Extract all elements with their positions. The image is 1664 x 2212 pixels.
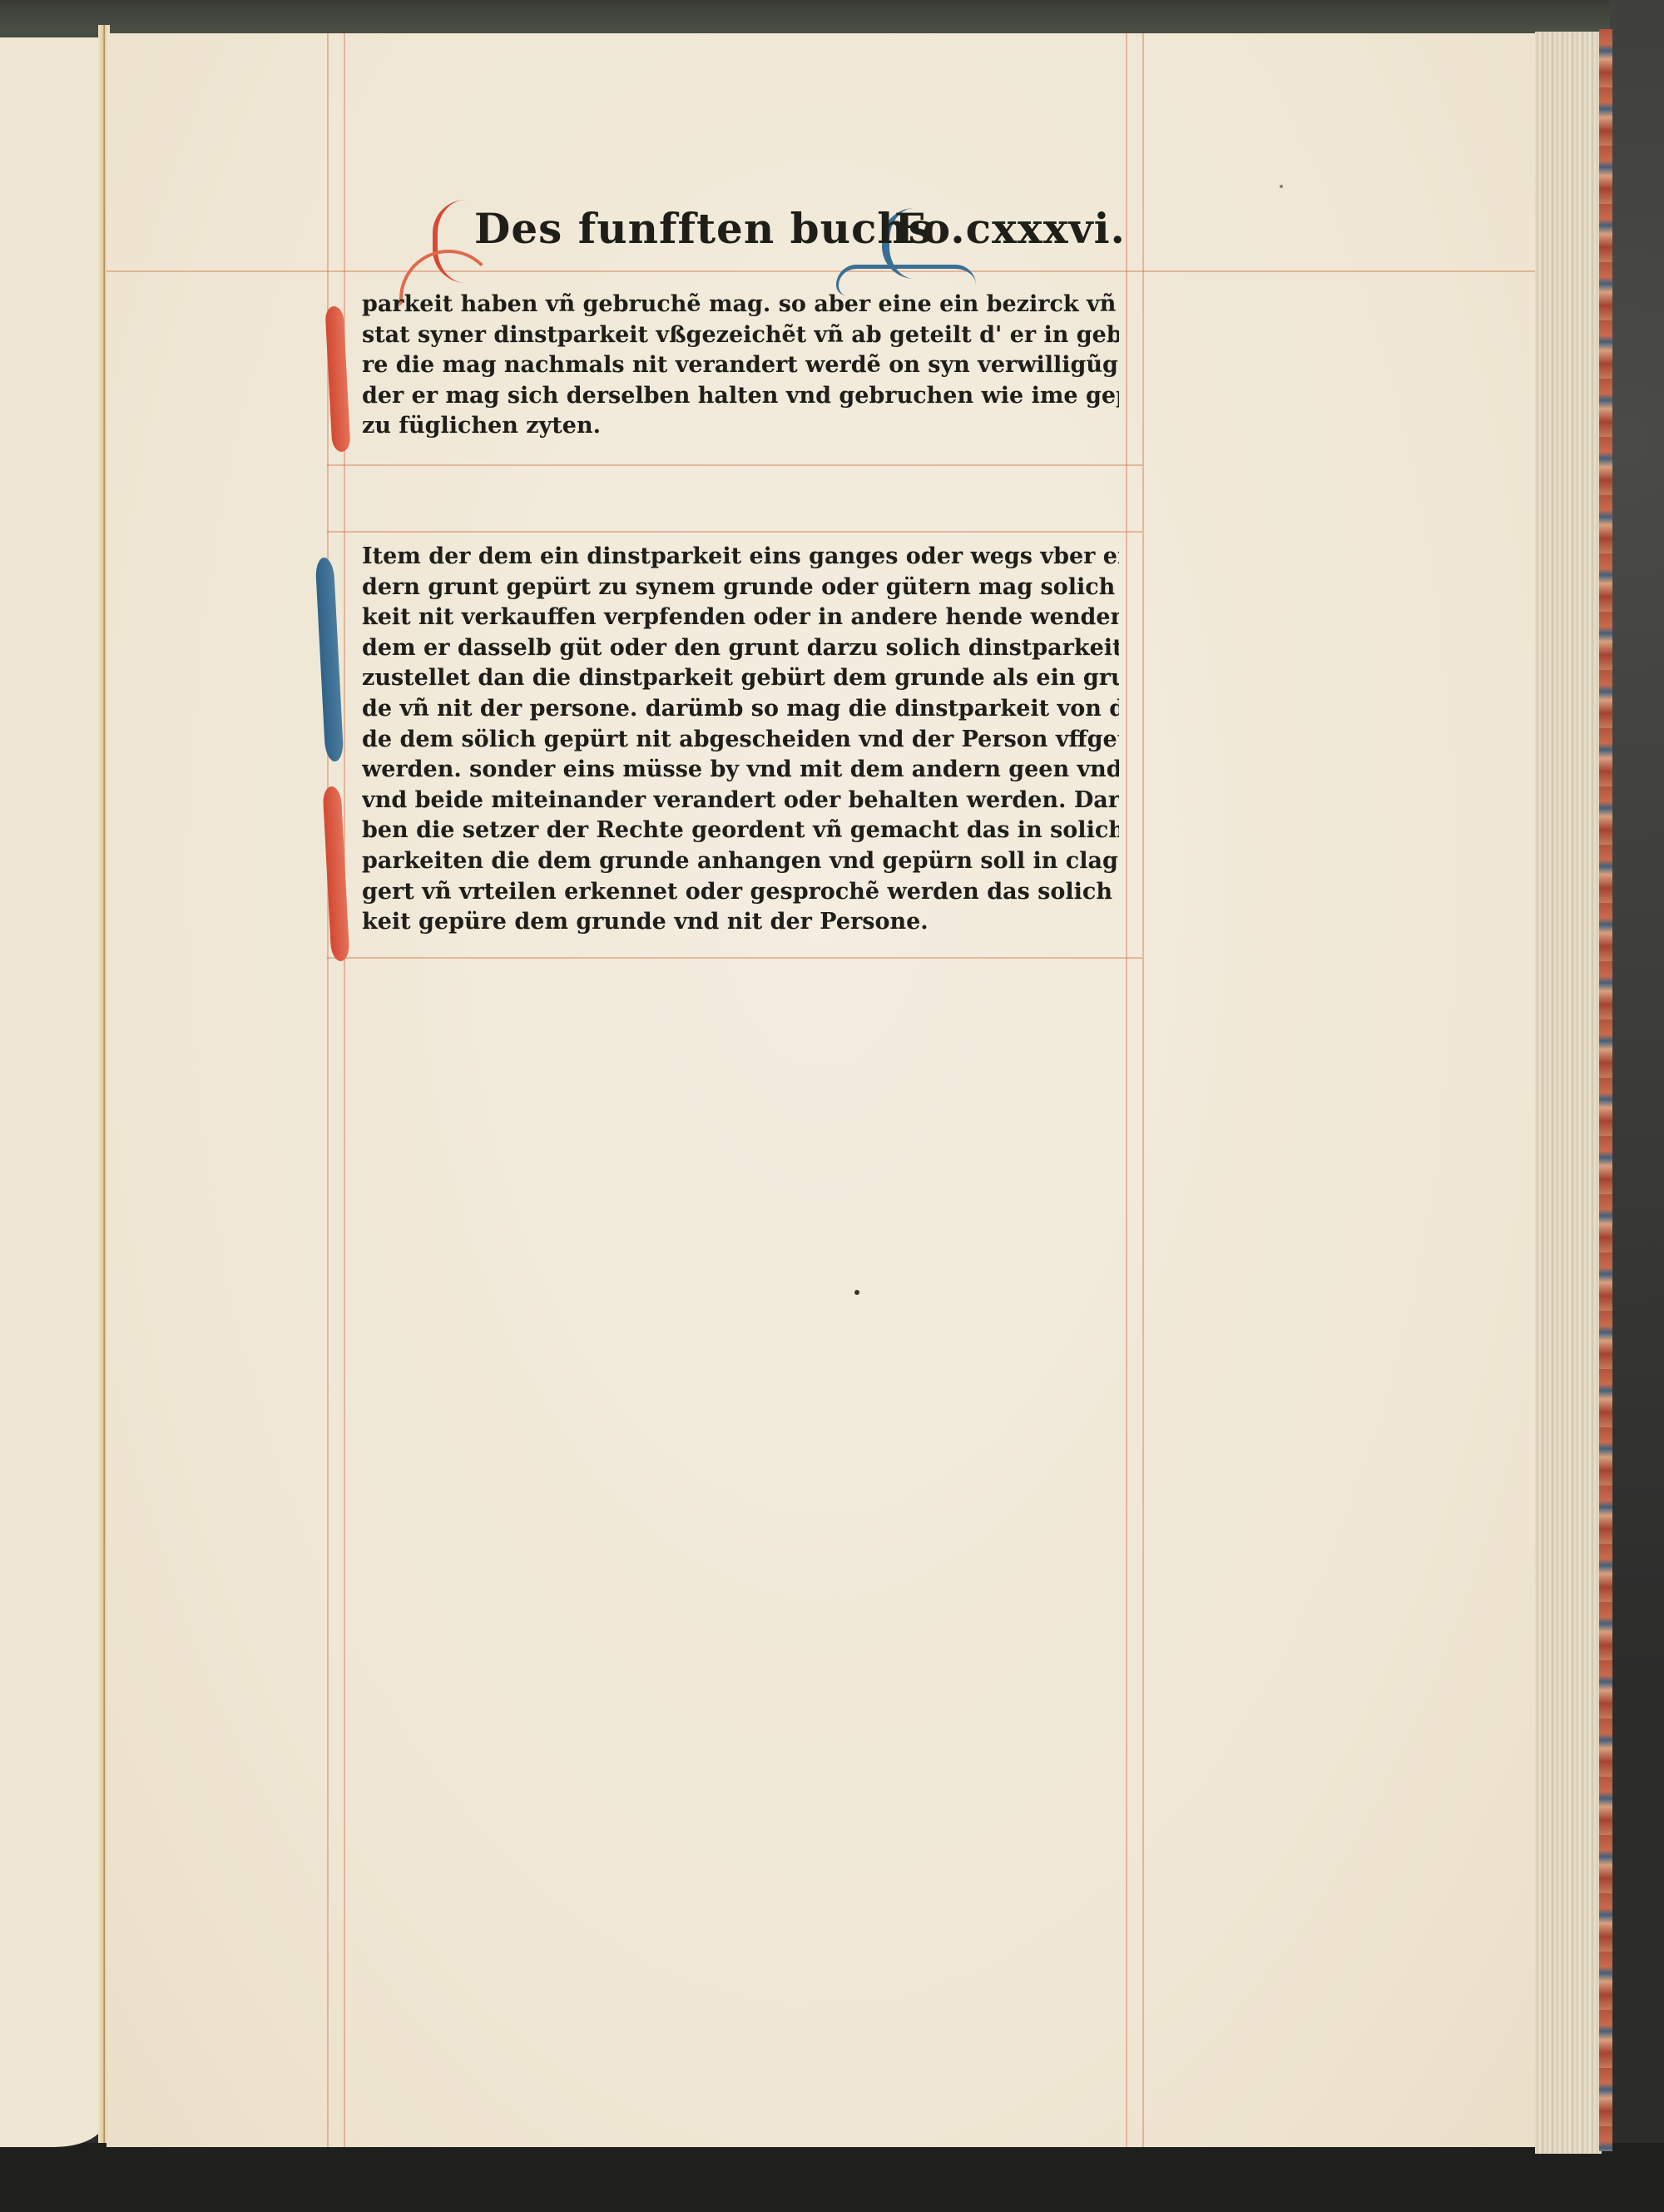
paragraph-2: Item der dem ein dinstparkeit eins gange… <box>362 542 1119 938</box>
text-line: keit gepüre dem grunde vnd nit der Perso… <box>362 907 1119 938</box>
book-binding-bottom <box>0 2143 1664 2212</box>
ruling-line-head <box>106 270 1538 272</box>
text-line: zu füglichen zyten. <box>362 411 1119 442</box>
text-line: parkeit haben vñ gebruchẽ mag. so aber e… <box>362 290 1119 320</box>
text-line: werden. sonder eins müsse by vnd mit dem… <box>362 755 1119 786</box>
paragraph-1: parkeit haben vñ gebruchẽ mag. so aber e… <box>362 290 1119 442</box>
text-line: ben die setzer der Rechte geordent vñ ge… <box>362 816 1119 846</box>
running-head-title: Des funfften buchs <box>474 204 933 253</box>
text-line: Item der dem ein dinstparkeit eins gange… <box>362 542 1119 573</box>
page-stack-edge <box>1535 32 1602 2154</box>
running-head: Des funfften buchs Fo.cxxxvi. <box>474 204 1140 262</box>
text-line: re die mag nachmals nit verandert werdẽ … <box>362 350 1119 381</box>
marbled-fore-edge <box>1599 29 1612 2151</box>
text-line: zustellet dan die dinstparkeit gebürt de… <box>362 663 1119 694</box>
book-binding-right <box>1610 0 1664 2212</box>
text-line: vnd beide miteinander verandert oder beh… <box>362 786 1119 816</box>
text-line: de vñ nit der persone. darümb so mag die… <box>362 694 1119 725</box>
paper-speck <box>1280 185 1283 188</box>
text-line: gert vñ vrteilen erkennet oder gesprochẽ… <box>362 877 1119 908</box>
ruling-line-para2-bottom <box>327 957 1142 959</box>
text-line: parkeiten die dem grunde anhangen vnd ge… <box>362 846 1119 877</box>
ruling-line-para2-top <box>327 531 1142 533</box>
text-line: keit nit verkauffen verpfenden oder in a… <box>362 603 1119 633</box>
ruling-line-right-outer <box>1142 33 1144 2147</box>
text-line: de dem sölich gepürt nit abgescheiden vn… <box>362 725 1119 756</box>
paper-speck <box>854 1290 859 1295</box>
text-line: dem er dasselb güt oder den grunt darzu … <box>362 633 1119 664</box>
folio-number: Fo.cxxxvi. <box>894 204 1126 253</box>
text-line: dern grunt gepürt zu synem grunde oder g… <box>362 573 1119 603</box>
text-line: stat syner dinstparkeit vßgezeichẽt vñ a… <box>362 320 1119 351</box>
ruling-line-right-inner <box>1126 33 1127 2147</box>
left-page-edge <box>0 37 104 2147</box>
text-line: der er mag sich derselben halten vnd geb… <box>362 381 1119 412</box>
ruling-line-para1-bottom <box>327 464 1142 466</box>
